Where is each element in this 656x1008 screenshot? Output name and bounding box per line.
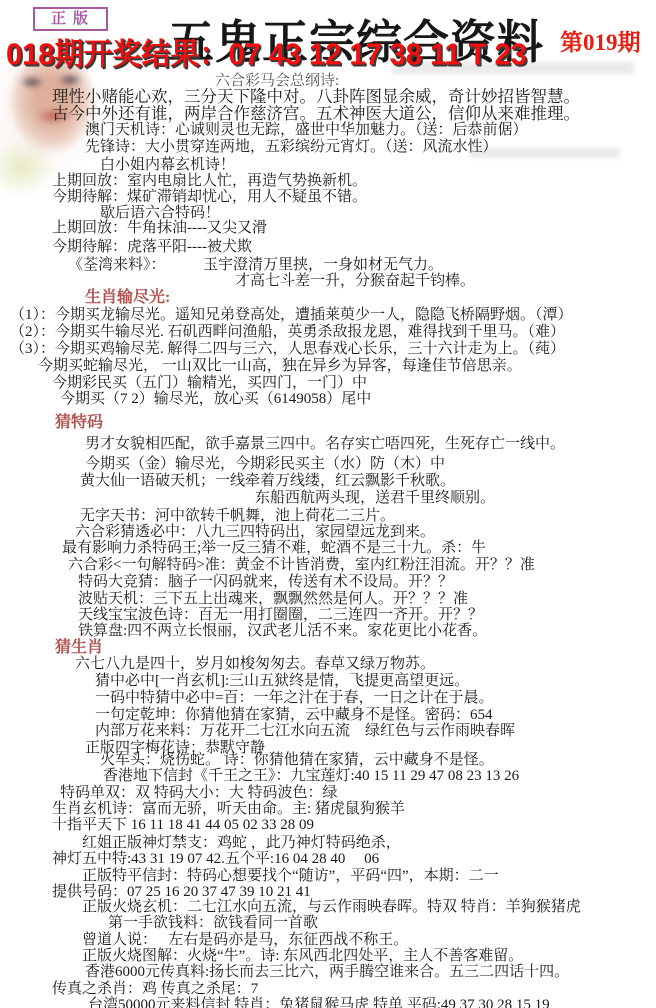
text-line: 天线宝宝波色诗：百无一用打圈圈，二三连四一齐开。开？？ <box>78 607 483 624</box>
text-line: 台湾50000元来料信封 特肖：兔猪鼠猴马虎 特单 平码:49 37 30 28… <box>88 997 550 1008</box>
text-line: 内部万花来料：万花开二七江水向五流 绿红色与云作雨映春晖 <box>95 723 515 740</box>
text-line: 特码大竞猜：脑子一闪码就来，传送有术不设局。开？？ <box>78 574 453 591</box>
text-line: （2）：今期买牛输尽光. 石矶西畔问渔船，英勇杀敌报龙恩，难得找到千里马。（难） <box>10 324 565 341</box>
text-line: 火车头：烧伤蛇。 诗：你猜他猜在家猜，云中藏身不是怪。 <box>100 752 494 769</box>
text-line: 今期买（金）输尽光，今期彩民买主（水）防（木）中 <box>85 456 445 473</box>
text-line: 曾道人说： 左右是码亦是马，东征西战不称王。 <box>82 932 408 949</box>
text-line: 特码单双：双 特码大小：大 特码波色：绿 <box>60 785 338 802</box>
text-line: 上期回放：室内电扇比人忙，再造气势换新机。 <box>52 173 367 190</box>
lottery-info-sheet: 正版 五鬼正宗综合资料 第019期 018期开奖结果：07 43 12 17 3… <box>0 0 656 1008</box>
text-line: 正版特平信封：特码心想要找个“随访”，平码“四”，本期：二一 <box>82 868 499 885</box>
text-line: 六七八九是四十，岁月如梭匆匆去。春草又绿万物苏。 <box>75 656 435 673</box>
section-heading: 生肖输尽光: <box>85 289 170 306</box>
text-line: 古今中外还有谁，两岸合作慈济宫。五术神医大道公，信仰从来难推理。 <box>52 105 580 122</box>
text-line: 生肖玄机诗：富而无骄，听天由命。主: 猪虎鼠狗猴羊 <box>52 801 405 818</box>
text-line: 才高七斗差一升，分猴奋起千钧棒。 <box>235 273 475 290</box>
text-line: 今期买（7 2）输尽光，放心买（6149058）尾中 <box>60 391 371 408</box>
text-line: 六合彩<一句解特码>准：黄金不计皆消费，室内红粉汪泪流。开？？准 <box>68 557 535 574</box>
text-line: （3）：今期买鸡输尽芜. 解得二四与三六，人思春戏心长乐，三十六计走为上。（莼） <box>10 341 565 358</box>
text-line: 今期彩民买（五门）输精光，买四门，一门）中 <box>52 375 367 392</box>
section-heading: 猜特码 <box>55 414 103 431</box>
text-line: 十指平天下 16 11 18 41 44 05 02 33 28 09 <box>52 817 314 834</box>
draw-result-overlay: 018期开奖结果：07 43 12 17 38 11 T 23 <box>6 31 527 74</box>
text-line: 先锋诗：大小贯穿连两地，五彩缤纷元宵灯。（送：风流水性） <box>85 139 498 156</box>
text-line: 一码中特猜中必中=百：一年之汁在于春，一日之计在于晨。 <box>95 690 493 707</box>
text-line: 最有影响力杀特码王;举一反三猜不难，蛇酒不是三十九。杀：牛 <box>62 540 486 557</box>
text-line: 铁算盘:四不两立长恨丽，汉武老儿活不来。家花更比小花香。 <box>78 623 487 640</box>
text-line: 香港地下信封《千王之王》：九宝莲灯:40 15 11 29 47 08 23 1… <box>103 768 519 785</box>
text-line: 正版火烧玄机：二七江水向五流，与云作雨映春晖。特双 特肖：羊狗猴猪虎 <box>82 899 581 916</box>
text-line: 猜中必中[一肖玄机]:三山五狱终是情，飞提更高望更远。 <box>95 673 469 690</box>
text-line: 白小姐内幕玄机诗！ <box>100 157 235 174</box>
text-line: 神灯五中特:43 31 19 07 42.五个平:16 04 28 40 06 <box>52 851 379 868</box>
text-line: 今期待解：煤矿滞销却忧心，用人不疑虽不错。 <box>52 189 367 206</box>
text-line: 《荃湾来料》： 玉宇澄清万里挟，一身如材无气力。 <box>68 257 443 274</box>
text-line: 今期买蛇输尽光， 一山双比一山高，独在异乡为异客，每逢佳节倍思亲。 <box>38 358 522 375</box>
text-line: 上期回放：牛角抹油----又尖又滑 <box>52 220 267 237</box>
text-line: 香港6000元传真料:扬长而去三比六，两手腾空谁来合。五三二四话十四。 <box>85 964 569 981</box>
text-line: 一句定乾坤：你猜他猜在家猜，云中藏身不是怪。密码：654 <box>95 707 493 724</box>
text-line: 澳门天机诗：心诚则灵也无踪，盛世中华加魅力。（送：后恭前倨） <box>85 122 528 139</box>
text-line: （1）：今期买龙输尽光。遥知兄弟登高处，遭插莱萸少一人，隐隐飞桥隔野烟。（潭） <box>10 307 573 324</box>
text-line: 传真之杀肖：鸡 传真之杀尾：7 <box>52 981 258 998</box>
content-lines: 六合彩马会总纲诗:理性小赌能心欢，三分天下隆中对。八卦阵图显余威，奇计妙招皆智慧… <box>0 0 656 1008</box>
text-line: 红姐正版神灯禁支：鸡蛇 ，此乃神灯特码绝杀， <box>82 835 401 852</box>
text-line: 六合彩猜透必中：八九三四特码出，家园望远龙到来。 <box>75 524 435 541</box>
text-line: 东船西航两头现，送君千里终顺别。 <box>255 490 495 507</box>
text-line: 理性小赌能心欢，三分天下隆中对。八卦阵图显余威，奇计妙招皆智慧。 <box>52 88 580 105</box>
text-line: 第一手欲钱料：欲钱看同一首歌 <box>108 915 318 932</box>
text-line: 男才女貌相匹配，欲手嘉景三四中。名存实亡唔四死，生死存亡一线中。 <box>85 436 565 453</box>
text-line: 正版火烧图解：火烧“牛”。诗: 东风西北四处平，主人不善客难留。 <box>82 948 523 965</box>
text-line: 无字天书：河中欲转千帆舞，池上荷花二三片。 <box>80 508 395 525</box>
section-heading: 猜生肖 <box>55 639 103 656</box>
text-line: 今期待解：虎落平阳----被犬欺 <box>52 239 252 256</box>
text-line: 波贴天机：三下五上出魂来，飘飘然然是何人。开？？？准 <box>78 591 468 608</box>
text-line: 黄大仙一语破天机；一线牵着万线缕，红云飘影千秋歌。 <box>80 473 455 490</box>
